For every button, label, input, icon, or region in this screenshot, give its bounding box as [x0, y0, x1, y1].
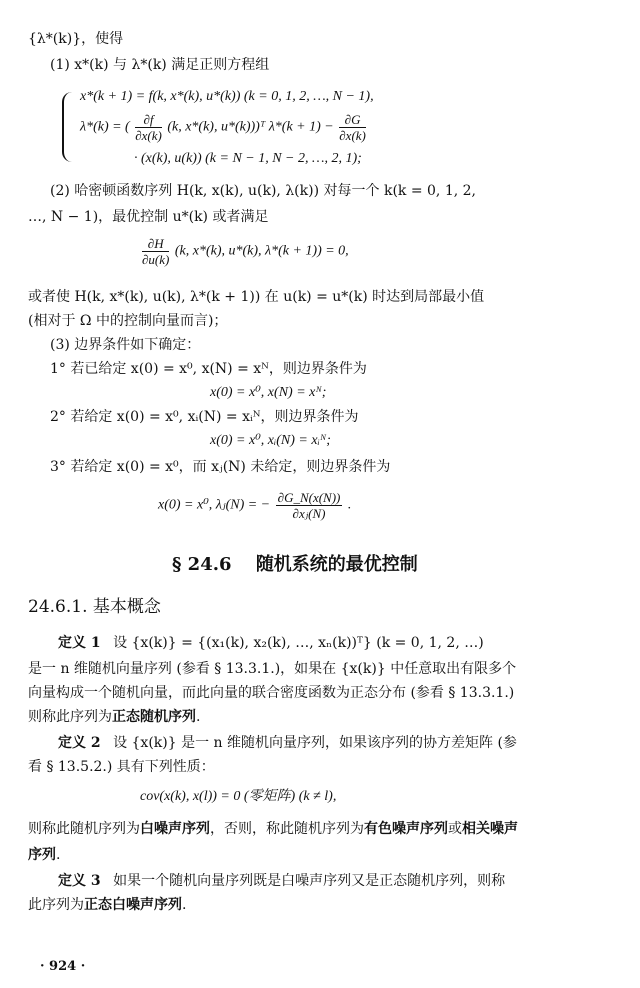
frac-num: ∂G_N(x(N)) — [276, 490, 343, 506]
text-line: 则称此随机序列为白噪声序列，否则，称此随机序列为有色噪声序列或相关噪声 — [28, 820, 518, 838]
frac-num: ∂G — [339, 112, 366, 128]
equation-costate-cont: · (x(k), u(k)) (k = N − 1, N − 2, …, 2, … — [134, 150, 362, 168]
equation-hamiltonian: ∂H∂u(k) (k, x*(k), u*(k), λ*(k + 1)) = 0… — [140, 236, 349, 267]
text-line: 看 § 13.5.2.) 具有下列性质： — [28, 758, 215, 776]
frac-den: ∂xⱼ(N) — [276, 506, 343, 521]
definition-label: 定义 3 — [58, 873, 101, 889]
term-bold: 相关噪声 — [462, 821, 518, 837]
equation-boundary: x(0) = x⁰, λⱼ(N) = − ∂G_N(x(N))∂xⱼ(N) . — [158, 490, 351, 521]
definition-2: 定义 2 设 {x(k)} 是一 n 维随机向量序列，如果该序列的协方差矩阵 (… — [58, 734, 517, 752]
eq-part: x(0) = x⁰, λⱼ(N) = − — [158, 498, 270, 513]
section-title: 随机系统的最优控制 — [256, 554, 418, 575]
frac-num: ∂H — [142, 236, 169, 252]
eq-part: λ*(k) = ( — [80, 120, 130, 135]
text-part: . — [56, 847, 60, 863]
text-part: ，否则，称此随机序列为 — [210, 821, 364, 837]
text-line: 则称此序列为正态随机序列. — [28, 708, 200, 726]
page-number: · 924 · — [40, 958, 85, 976]
fraction: ∂G_N(x(N))∂xⱼ(N) — [276, 490, 343, 521]
text-line: …, N − 1)，最优控制 u*(k) 或者满足 — [28, 208, 268, 226]
text-line: 3° 若给定 x(0) = x⁰，而 xⱼ(N) 未给定，则边界条件为 — [50, 458, 390, 476]
term-bold: 正态随机序列 — [112, 709, 196, 725]
fraction: ∂f∂x(k) — [135, 112, 162, 143]
definition-3: 定义 3 如果一个随机向量序列既是白噪声序列又是正态随机序列，则称 — [58, 872, 505, 890]
definition-text: 如果一个随机向量序列既是白噪声序列又是正态随机序列，则称 — [113, 873, 505, 889]
equation-cov: cov(x(k), x(l)) = 0 (零矩阵) (k ≠ l), — [140, 788, 336, 806]
text-line: 向量构成一个随机向量，而此向量的联合密度函数为正态分布 (参看 § 13.3.1… — [28, 684, 514, 702]
definition-1: 定义 1 设 {x(k)} = {(x₁(k), x₂(k), …, xₙ(k)… — [58, 634, 484, 652]
definition-label: 定义 1 — [58, 635, 101, 651]
eq-part: (k, x*(k), u*(k), λ*(k + 1)) = 0, — [175, 244, 349, 259]
equation-line: x(0) = x⁰, x(N) = xᴺ; — [210, 384, 326, 402]
eq-part: (k, x*(k), u*(k)))ᵀ λ*(k + 1) − — [167, 120, 333, 135]
text-part: . — [182, 897, 186, 913]
text-line: 或者使 H(k, x*(k), u(k), λ*(k + 1)) 在 u(k) … — [28, 288, 484, 306]
text-line: 2° 若给定 x(0) = x⁰, xᵢ(N) = xᵢᴺ，则边界条件为 — [50, 408, 359, 426]
text-part: 则称此随机序列为 — [28, 821, 140, 837]
term-bold: 有色噪声序列 — [364, 821, 448, 837]
text-line: 1° 若已给定 x(0) = x⁰, x(N) = xᴺ，则边界条件为 — [50, 360, 367, 378]
term-bold: 序列 — [28, 847, 56, 863]
definition-text: 设 {x(k)} 是一 n 维随机向量序列，如果该序列的协方差矩阵 (参 — [113, 735, 517, 751]
text-part: 此序列为 — [28, 897, 84, 913]
term-bold: 正态白噪声序列 — [84, 897, 182, 913]
frac-den: ∂u(k) — [142, 252, 169, 267]
text-part: 或 — [448, 821, 462, 837]
text-line: 序列. — [28, 846, 60, 864]
text-part: . — [196, 709, 200, 725]
definition-text: 设 {x(k)} = {(x₁(k), x₂(k), …, xₙ(k))ᵀ} (… — [113, 635, 484, 651]
section-heading: § 24.6 随机系统的最优控制 — [172, 556, 418, 574]
definition-label: 定义 2 — [58, 735, 101, 751]
equation-line: x(0) = x⁰, xᵢ(N) = xᵢᴺ; — [210, 432, 331, 450]
equation-state: x*(k + 1) = f(k, x*(k), u*(k)) (k = 0, 1… — [80, 88, 374, 106]
subsection-heading: 24.6.1. 基本概念 — [28, 598, 161, 616]
frac-num: ∂f — [135, 112, 162, 128]
fraction: ∂H∂u(k) — [142, 236, 169, 267]
frac-den: ∂x(k) — [135, 128, 162, 143]
equation-costate: λ*(k) = ( ∂f∂x(k) (k, x*(k), u*(k)))ᵀ λ*… — [80, 112, 368, 143]
text-line: (1) x*(k) 与 λ*(k) 满足正则方程组 — [50, 56, 269, 74]
text-line: (3) 边界条件如下确定： — [50, 336, 200, 354]
text-line: {λ*(k)}，使得 — [28, 30, 123, 48]
section-number: § 24.6 — [172, 554, 232, 575]
fraction: ∂G∂x(k) — [339, 112, 366, 143]
eq-part: . — [348, 498, 352, 513]
term-bold: 白噪声序列 — [140, 821, 210, 837]
equation-brace — [62, 92, 78, 162]
text-line: 是一 n 维随机向量序列 (参看 § 13.3.1.)，如果在 {x(k)} 中… — [28, 660, 516, 678]
text-line: (2) 哈密顿函数序列 H(k, x(k), u(k), λ(k)) 对每一个 … — [50, 182, 476, 200]
text-line: (相对于 Ω 中的控制向量而言)； — [28, 312, 227, 330]
frac-den: ∂x(k) — [339, 128, 366, 143]
text-part: 则称此序列为 — [28, 709, 112, 725]
text-line: 此序列为正态白噪声序列. — [28, 896, 186, 914]
